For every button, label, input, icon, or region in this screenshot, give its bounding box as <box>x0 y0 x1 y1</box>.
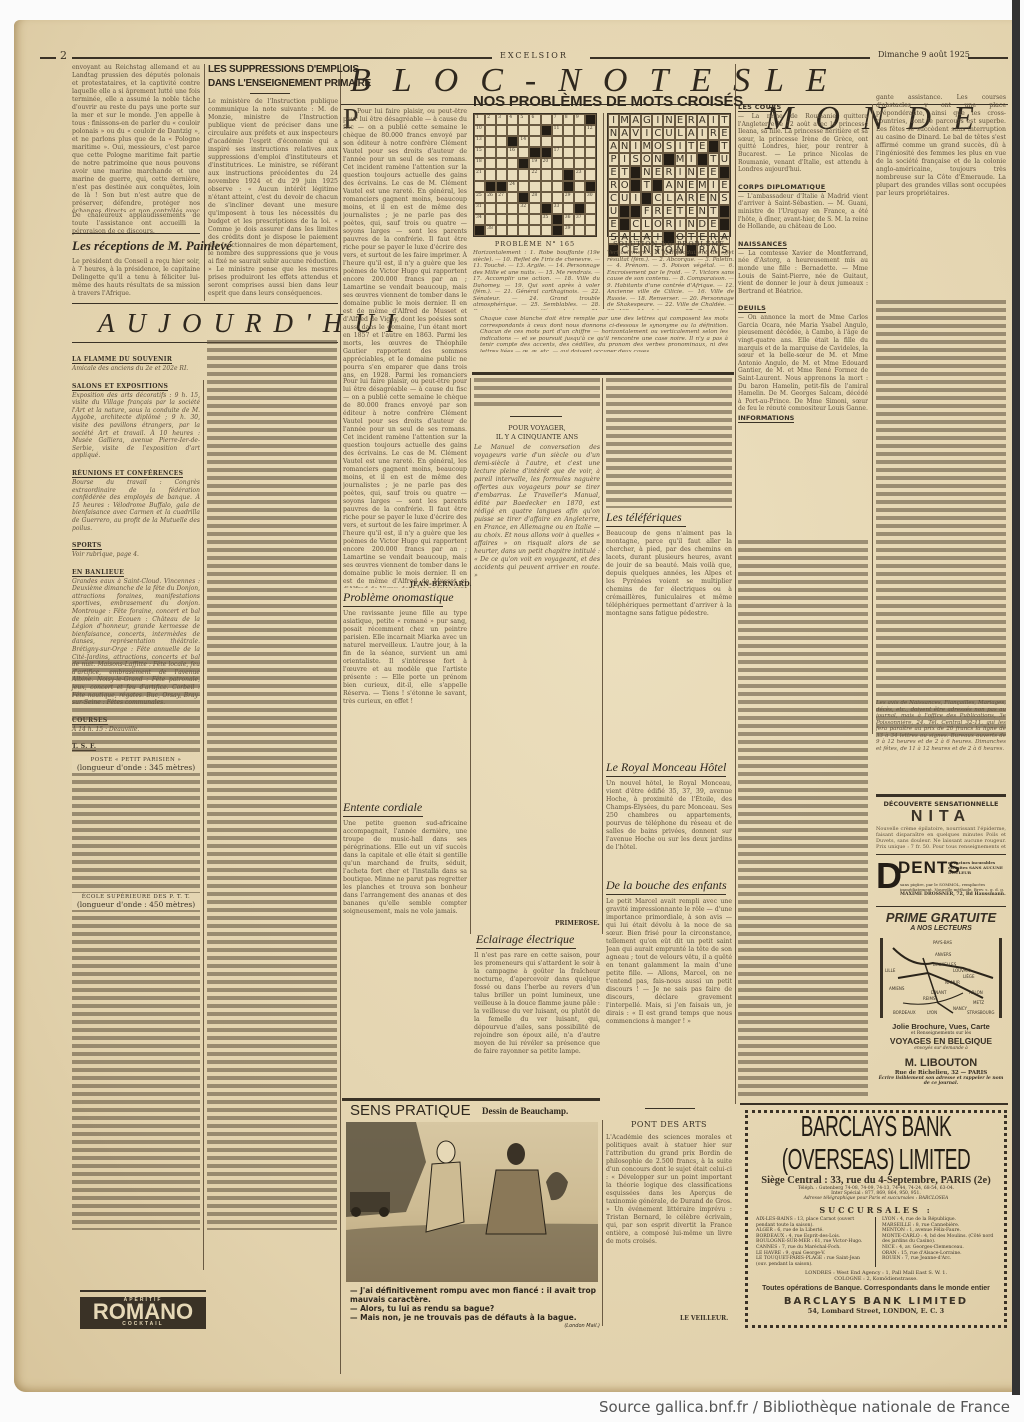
crossword-solution-grid: IMAGINERAITNAVICULAIREANIMOSITETPISONMIT… <box>607 113 731 237</box>
section-heading: CORPS DIPLOMATIQUE <box>738 183 826 192</box>
title-underline <box>476 948 576 949</box>
black-cell <box>518 158 529 169</box>
grid-cell[interactable]: 10 <box>474 125 485 136</box>
grid-cell[interactable]: 38 <box>485 225 496 236</box>
pont-des-arts-title: PONT DES ARTS <box>606 1120 732 1129</box>
grid-cell: I <box>675 218 686 231</box>
header-rule <box>590 57 870 59</box>
grid-cell[interactable] <box>529 203 540 214</box>
problem-clues: Horizontalement : 1. Robe bouffante (19e… <box>473 250 600 310</box>
grid-cell[interactable]: 29 <box>563 192 574 203</box>
grid-cell: R <box>686 192 697 205</box>
section-heading: NAISSANCES <box>738 240 787 249</box>
map-label: ANVERS <box>935 952 951 957</box>
black-cell <box>719 205 730 218</box>
grid-cell: T <box>686 140 697 153</box>
voyage-text: Le Manuel de conversation des voyageurs … <box>474 444 600 834</box>
article-continued <box>606 378 732 508</box>
nita-brand: NITA <box>876 808 1006 826</box>
black-cell <box>541 125 552 136</box>
tsf-wavelength: (longueur d'onde : 345 mètres) <box>72 763 200 772</box>
le-monde-informations <box>738 540 868 1100</box>
grid-cell: R <box>663 166 674 179</box>
map-label: LYON <box>927 1010 937 1015</box>
grid-cell[interactable] <box>485 136 496 147</box>
grid-cell: E <box>708 166 719 179</box>
map-label: BRUXELLES <box>933 962 956 967</box>
grid-cell: M <box>697 179 708 192</box>
grid-cell[interactable] <box>585 203 596 214</box>
grid-cell[interactable]: 27 <box>496 192 507 203</box>
grid-cell[interactable] <box>485 169 496 180</box>
grid-cell[interactable] <box>518 125 529 136</box>
grid-cell: E <box>697 140 708 153</box>
grid-cell[interactable] <box>507 225 518 236</box>
black-cell <box>541 203 552 214</box>
black-cell <box>708 140 719 153</box>
title-underline <box>606 894 726 895</box>
divider <box>645 1108 695 1109</box>
divider <box>472 372 734 375</box>
grid-cell: S <box>719 192 730 205</box>
section-heading-informations: INFORMATIONS <box>738 414 794 423</box>
grid-cell[interactable] <box>529 181 540 192</box>
grid-cell[interactable]: 30 <box>585 192 596 203</box>
grid-cell[interactable] <box>552 192 563 203</box>
grid-cell: T <box>619 166 630 179</box>
grid-cell: C <box>652 127 663 140</box>
grid-cell: V <box>630 127 641 140</box>
black-cell <box>641 192 652 205</box>
header-rule <box>72 57 492 59</box>
belgique-line1: Jolie Brochure, Vues, Carte <box>876 1022 1006 1031</box>
grid-cell: D <box>697 218 708 231</box>
grid-cell: E <box>697 192 708 205</box>
grid-cell[interactable] <box>518 214 529 225</box>
grid-cell: U <box>719 153 730 166</box>
column-rule <box>470 378 471 934</box>
grid-cell[interactable] <box>574 158 585 169</box>
black-cell <box>630 166 641 179</box>
grid-cell[interactable]: 18 <box>474 158 485 169</box>
entente-title: Entente cordiale <box>343 800 422 815</box>
map-label: LILLE <box>885 968 895 973</box>
grid-cell[interactable] <box>585 147 596 158</box>
grid-cell[interactable] <box>507 169 518 180</box>
grid-cell[interactable] <box>541 225 552 236</box>
grid-cell[interactable] <box>496 125 507 136</box>
grid-cell: I <box>630 140 641 153</box>
grid-cell: E <box>708 218 719 231</box>
grid-cell[interactable]: 6 <box>529 114 540 125</box>
black-cell <box>474 225 485 236</box>
eclairage-text: Il n'est pas rare en cette saison, pour … <box>474 952 600 1082</box>
column-rule <box>203 380 204 1270</box>
barclays-operations: Toutes opérations de Banque. Corresponda… <box>748 1285 1004 1292</box>
grid-cell[interactable] <box>496 169 507 180</box>
divider <box>740 1103 1008 1105</box>
divider <box>510 416 562 417</box>
map-label: LIÈGE <box>963 974 975 979</box>
branch-entry: MONTE-CARLO : 4, bd des Moulins. (Côté n… <box>882 1234 996 1245</box>
grid-cell[interactable] <box>518 181 529 192</box>
onomastique-text: Une ravissante jeune fille au type asiat… <box>343 610 467 800</box>
grid-cell[interactable] <box>541 181 552 192</box>
grid-cell: F <box>641 205 652 218</box>
divider <box>72 233 200 234</box>
royal-monceau-text: Un nouvel hôtel, le Royal Monceau, vient… <box>606 780 732 876</box>
voyage-title-2: IL Y A CINQUANTE ANS <box>474 433 600 442</box>
problem-caption: PROBLÈME N° 165 <box>473 240 597 248</box>
dents-address: MAXIME DROSSNER, 72, Bd Haussmann. <box>900 892 1006 897</box>
grid-cell[interactable] <box>507 125 518 136</box>
grid-cell[interactable]: 2 <box>485 114 496 125</box>
grid-cell: R <box>608 179 619 192</box>
grid-cell: I <box>686 153 697 166</box>
bouche-text: Le petit Marcel avait rempli avec une gr… <box>606 898 732 1103</box>
bloc-notes-lead: Pour lui faire plaisir, ou peut-être pou… <box>343 108 467 378</box>
grid-cell[interactable] <box>507 192 518 203</box>
grid-cell: E <box>663 205 674 218</box>
grid-cell[interactable] <box>496 158 507 169</box>
grid-cell[interactable]: 14 <box>518 136 529 147</box>
black-cell <box>719 218 730 231</box>
grid-cell: C <box>608 192 619 205</box>
grid-cell[interactable]: 22 <box>529 169 540 180</box>
black-cell <box>552 225 563 236</box>
grid-cell[interactable] <box>485 214 496 225</box>
black-cell <box>697 153 708 166</box>
black-cell <box>585 181 596 192</box>
barclays-branches: AIX-LES-BAINS : 13, place Carnot (ouvert… <box>748 1217 1004 1267</box>
grid-cell: I <box>697 127 708 140</box>
grid-cell: A <box>619 127 630 140</box>
map-label: AMIENS <box>889 986 904 991</box>
page-number: 2 <box>60 49 67 62</box>
column-rule <box>603 113 604 309</box>
barclays-cologne: COLOGNE : 2, Komödienstrasse. <box>748 1276 1004 1282</box>
prime-sub: A NOS LECTEURS <box>876 925 1006 932</box>
onomastique-title: Problème onomastique <box>343 590 454 605</box>
dents-tagline: et racines incurables extraites SANS AUC… <box>948 860 1006 875</box>
voyage-heading: POUR VOYAGER, IL Y A CINQUANTE ANS <box>474 424 600 442</box>
grid-cell[interactable]: 24 <box>507 181 518 192</box>
grid-cell[interactable] <box>541 192 552 203</box>
grid-cell: N <box>675 179 686 192</box>
map-label: ARLON <box>969 990 983 995</box>
masthead: EXCELSIOR <box>500 51 568 60</box>
grid-cell[interactable] <box>552 169 563 180</box>
grid-cell[interactable]: 32 <box>518 203 529 214</box>
belgium-map: PAYS-BASANVERSBRUXELLESLOUVAINLIÈGENAMUR… <box>880 938 1002 1018</box>
section-text: — La comtesse Xavier de Montferrand, née… <box>738 250 868 296</box>
article-continued <box>474 378 600 408</box>
grid-cell[interactable] <box>585 225 596 236</box>
grid-cell[interactable] <box>496 147 507 158</box>
le-monde-dinard <box>876 300 1006 740</box>
cartoon-caption: — J'ai définitivement rompu avec mon fia… <box>350 1286 600 1331</box>
grid-cell[interactable] <box>541 136 552 147</box>
grid-cell[interactable]: 16 <box>507 147 518 158</box>
grid-cell: O <box>619 179 630 192</box>
section-heading: LA FLAMME DU SOUVENIR <box>72 356 172 364</box>
grid-cell[interactable] <box>518 225 529 236</box>
grid-cell[interactable]: 15 <box>474 147 485 158</box>
grid-cell[interactable] <box>563 147 574 158</box>
grid-cell[interactable] <box>563 158 574 169</box>
map-label: STRASBOURG <box>967 1010 995 1015</box>
eclairage-title: Eclairage électrique <box>476 932 574 947</box>
signature-jean-bernard: JEAN-BERNARD. <box>410 580 472 588</box>
grid-cell[interactable]: 23 <box>574 169 585 180</box>
grid-cell: O <box>652 218 663 231</box>
grid-cell[interactable] <box>518 169 529 180</box>
section-text: Amicale des anciens du 2e et 202e RI. <box>72 365 200 373</box>
black-cell <box>630 179 641 192</box>
grid-cell[interactable] <box>507 214 518 225</box>
grid-cell[interactable] <box>485 147 496 158</box>
grid-cell[interactable] <box>585 158 596 169</box>
grid-cell: N <box>608 127 619 140</box>
grid-cell: N <box>686 166 697 179</box>
grid-cell[interactable] <box>585 214 596 225</box>
map-label: REIMS <box>923 996 935 1001</box>
tsf-station: ÉCOLE SUPÉRIEURE DES P. T. T.(longueur d… <box>72 893 200 910</box>
grid-cell[interactable] <box>529 125 540 136</box>
grid-cell[interactable]: 31 <box>474 203 485 214</box>
grid-cell: U <box>663 127 674 140</box>
divider <box>876 794 1006 797</box>
cartoon-line-2: — Alors, tu lui as rendu sa bague? <box>350 1304 600 1313</box>
grid-cell[interactable] <box>507 158 518 169</box>
announcement-notice: Les avis de Naissances, Fiançailles, Mar… <box>876 700 1006 770</box>
grid-cell: L <box>663 192 674 205</box>
grid-cell[interactable]: 4 <box>507 114 518 125</box>
grid-cell[interactable]: 9 <box>574 114 585 125</box>
grid-cell[interactable] <box>496 214 507 225</box>
grid-cell: E <box>719 127 730 140</box>
black-cell <box>563 169 574 180</box>
title-underline <box>343 816 423 817</box>
romano-ad[interactable]: APÉRITIF ROMANO COCKTAIL <box>80 1297 206 1329</box>
grid-cell[interactable]: 12 <box>585 125 596 136</box>
black-cell <box>719 166 730 179</box>
section-text: Bourse du travail : Congrès extraordinai… <box>72 479 200 532</box>
barclays-telegraph: Adresse télégraphique pour Paris et succ… <box>748 1196 1004 1201</box>
grid-cell: S <box>630 153 641 166</box>
grid-cell[interactable]: 19 <box>529 158 540 169</box>
black-cell <box>663 153 674 166</box>
grid-cell[interactable]: 28 <box>529 192 540 203</box>
grid-cell: R <box>663 218 674 231</box>
title-underline <box>606 526 686 527</box>
grid-cell[interactable] <box>529 225 540 236</box>
signature-primerose: PRIMEROSE. <box>555 920 600 927</box>
royal-monceau-title: Le Royal Monceau Hôtel <box>606 760 726 775</box>
black-cell <box>518 192 529 203</box>
grid-cell[interactable] <box>563 136 574 147</box>
grid-cell[interactable] <box>529 214 540 225</box>
cartoon-credit: Dessin de Beauchamp. <box>482 1106 568 1116</box>
map-label: DINANT <box>931 990 946 995</box>
grid-cell: A <box>697 114 708 127</box>
scan-edge <box>1012 0 1020 1395</box>
grid-cell: M <box>641 140 652 153</box>
tsf-station: POSTE « PETIT PARISIEN »(longueur d'onde… <box>72 756 200 773</box>
belgique-ad-text: Jolie Brochure, Vues, Carte et Renseigne… <box>876 1022 1006 1086</box>
grid-cell: A <box>663 179 674 192</box>
grid-cell[interactable] <box>574 192 585 203</box>
grid-cell: I <box>652 114 663 127</box>
grid-cell: M <box>675 153 686 166</box>
branch-entry: AIX-LES-BAINS : 13, place Carnot (ouvert… <box>756 1217 871 1228</box>
grid-cell: I <box>630 192 641 205</box>
crossword-instructions: Chaque case blanche doit être remplie pa… <box>480 316 728 352</box>
grid-cell[interactable]: 3 <box>496 114 507 125</box>
grid-cell[interactable] <box>585 169 596 180</box>
grid-cell: R <box>686 114 697 127</box>
grid-cell[interactable]: 21 <box>474 169 485 180</box>
painleve-text: Le président du Conseil a reçu hier soir… <box>72 258 200 298</box>
black-cell <box>563 181 574 192</box>
grid-cell[interactable]: 26 <box>485 192 496 203</box>
belgique-ad[interactable]: PRIME GRATUITE A NOS LECTEURS PAYS-BASAN… <box>876 910 1006 1100</box>
grid-cell[interactable] <box>496 225 507 236</box>
grid-cell: T <box>708 205 719 218</box>
tsf-stations: POSTE « PETIT PARISIEN »(longueur d'onde… <box>72 756 200 910</box>
dents-text: sans piqûre, par le SOMMOL, remplacées i… <box>900 882 1006 892</box>
grid-cell[interactable] <box>574 125 585 136</box>
grid-cell[interactable] <box>541 114 552 125</box>
dents-ad[interactable]: D DENTS et racines incurables extraites … <box>876 858 1006 902</box>
grid-cell[interactable] <box>563 203 574 214</box>
grid-cell[interactable]: 34 <box>474 214 485 225</box>
grid-cell[interactable]: 7 <box>552 114 563 125</box>
grid-cell[interactable]: 8 <box>563 114 574 125</box>
grid-cell: S <box>663 140 674 153</box>
grid-cell[interactable]: 13 <box>474 136 485 147</box>
barclays-ad[interactable]: BARCLAYS BANK (OVERSEAS) LIMITED Siège C… <box>745 1110 1007 1328</box>
grid-cell[interactable]: 33 <box>552 203 563 214</box>
column-rule <box>735 64 736 1104</box>
black-cell <box>585 114 596 125</box>
black-cell <box>507 136 518 147</box>
grid-cell[interactable] <box>574 225 585 236</box>
map-label: LOUVAIN <box>953 968 971 973</box>
grid-cell[interactable]: 20 <box>541 158 552 169</box>
branches-right: LYON : 4, rue de la République.MARSEILLE… <box>876 1217 996 1267</box>
grid-cell[interactable]: 37 <box>574 214 585 225</box>
grid-cell[interactable] <box>563 125 574 136</box>
source-credit[interactable]: Source gallica.bnf.fr / Bibliothèque nat… <box>599 1398 1010 1416</box>
grid-cell[interactable] <box>496 136 507 147</box>
grid-cell[interactable] <box>485 158 496 169</box>
romano-brand: ROMANO <box>80 1303 206 1321</box>
grid-cell[interactable] <box>574 147 585 158</box>
cartoon-source: (London Mail.) <box>350 1322 600 1331</box>
grid-cell[interactable] <box>529 136 540 147</box>
black-cell <box>652 179 663 192</box>
bouche-title: De la bouche des enfants <box>606 878 727 893</box>
grid-cell: P <box>608 153 619 166</box>
grid-cell: N <box>641 166 652 179</box>
branch-entry: ROUEN : 7, rue Jeanne-d'Arc. <box>882 1256 996 1262</box>
grid-cell[interactable] <box>552 158 563 169</box>
divider <box>80 1290 206 1292</box>
grid-cell[interactable] <box>474 181 485 192</box>
grid-cell[interactable]: 39 <box>563 225 574 236</box>
grid-cell: T <box>708 153 719 166</box>
column-rule <box>602 378 603 934</box>
prime-headline: PRIME GRATUITE <box>876 910 1006 925</box>
grid-cell: I <box>641 127 652 140</box>
divider <box>876 906 1006 907</box>
suppressions-title-1: LES SUPPRESSIONS D'EMPLOIS <box>208 64 359 75</box>
nita-text: Nouvelle crème épilatoire, nourrissant l… <box>876 826 1006 850</box>
section-text: — La reine de Roumanie quittera l'Anglet… <box>738 113 868 174</box>
grid-cell[interactable] <box>541 169 552 180</box>
grid-cell[interactable] <box>507 203 518 214</box>
barclays-parent-address: 54, Lombard Street, LONDON, E. C. 3 <box>748 1307 1004 1315</box>
tsf-wavelength: (longueur d'onde : 450 mètres) <box>72 900 200 909</box>
grid-cell[interactable] <box>485 203 496 214</box>
section-heading: LES COURS <box>738 103 782 112</box>
grid-cell[interactable] <box>552 181 563 192</box>
grid-cell: E <box>686 179 697 192</box>
grid-cell: N <box>619 140 630 153</box>
grid-cell: A <box>675 192 686 205</box>
grid-cell: I <box>675 140 686 153</box>
grid-cell[interactable] <box>485 125 496 136</box>
grid-cell[interactable]: 35 <box>541 214 552 225</box>
barclays-parent: BARCLAYS BANK LIMITED <box>748 1296 1004 1307</box>
tsf-programmes <box>207 340 337 1230</box>
black-cell <box>496 181 507 192</box>
grid-cell[interactable]: 25 <box>474 192 485 203</box>
grid-cell[interactable]: 5 <box>518 114 529 125</box>
grid-cell: M <box>619 114 630 127</box>
grid-cell[interactable]: 36 <box>563 214 574 225</box>
grid-cell: E <box>608 218 619 231</box>
column-rule <box>602 1120 603 1326</box>
grid-cell: G <box>641 114 652 127</box>
grid-cell: E <box>686 205 697 218</box>
black-cell <box>552 214 563 225</box>
grid-cell[interactable] <box>574 181 585 192</box>
grid-cell[interactable] <box>574 136 585 147</box>
section-text: — L'ambassadeur d'Italie à Madrid vient … <box>738 193 868 231</box>
grid-cell: N <box>686 218 697 231</box>
grid-cell[interactable]: 1 <box>474 114 485 125</box>
crossword-problem-grid[interactable]: 1234567891011121314151617181920212223242… <box>473 113 597 237</box>
black-cell <box>619 218 630 231</box>
grid-cell[interactable] <box>496 203 507 214</box>
belgique-footer: Écrire lisiblement son adresse et rappel… <box>876 1076 1006 1086</box>
column-rule <box>204 64 205 301</box>
voyage-title-1: POUR VOYAGER, <box>474 424 600 433</box>
grid-cell[interactable] <box>552 136 563 147</box>
grid-cell: T <box>641 179 652 192</box>
pont-des-arts-text: L'Académie des sciences morales et polit… <box>606 1134 732 1294</box>
grid-cell[interactable] <box>585 136 596 147</box>
grid-cell: E <box>697 166 708 179</box>
map-label: NANCY <box>953 1006 967 1011</box>
nita-ad[interactable]: DÉCOUVERTE SENSATIONNELLE NITA Nouvelle … <box>876 800 1006 850</box>
grid-cell[interactable] <box>518 147 529 158</box>
grid-cell[interactable]: 17 <box>552 147 563 158</box>
grid-cell: T <box>719 140 730 153</box>
grid-cell[interactable]: 11 <box>552 125 563 136</box>
